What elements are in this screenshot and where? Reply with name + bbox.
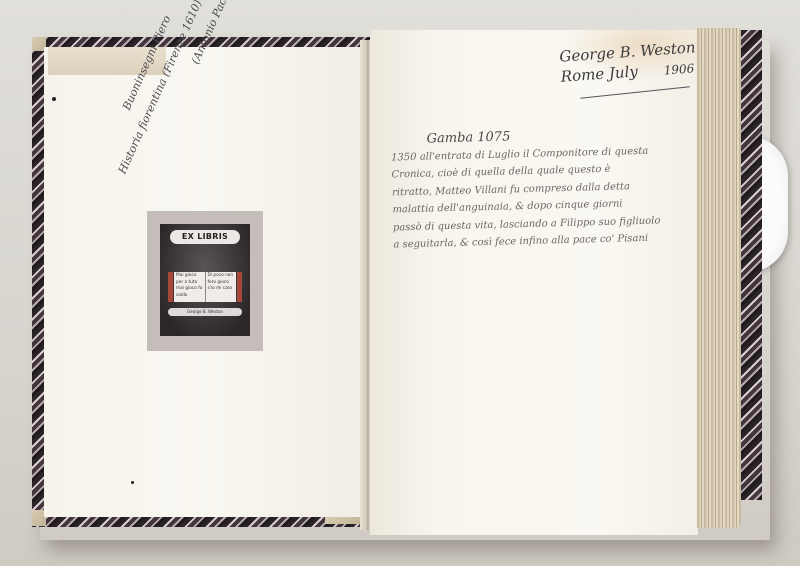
right-flyleaf-page (370, 30, 698, 535)
open-book-emblem: Mai gioco per a tuto mai gioco fa saldo … (174, 272, 236, 302)
ink-spot (52, 97, 56, 101)
bookplate-title: EX LIBRIS (170, 230, 240, 244)
red-column (168, 272, 173, 302)
bookplate-owner-ribbon: George B. Weston (168, 308, 242, 316)
emblem-text-left: Mai gioco per a tuto mai gioco fa saldo (174, 272, 206, 302)
page-block-edges (697, 28, 741, 528)
bookplate-engraving: EX LIBRIS Mai gioco per a tuto mai gioco… (160, 224, 250, 336)
red-column (237, 272, 242, 302)
ink-spot (131, 481, 134, 484)
emblem-text-right: Di poco non fero gioco s'io mi caro (206, 272, 237, 302)
right-handwritten-note: Gamba 1075 1350 all'entrata di Luglio il… (390, 125, 661, 254)
signature-year: 1906 (663, 61, 694, 77)
signature-place-date: Rome July (560, 62, 638, 85)
ex-libris-bookplate: EX LIBRIS Mai gioco per a tuto mai gioco… (147, 211, 263, 351)
bottom-cover-patch (325, 516, 365, 524)
